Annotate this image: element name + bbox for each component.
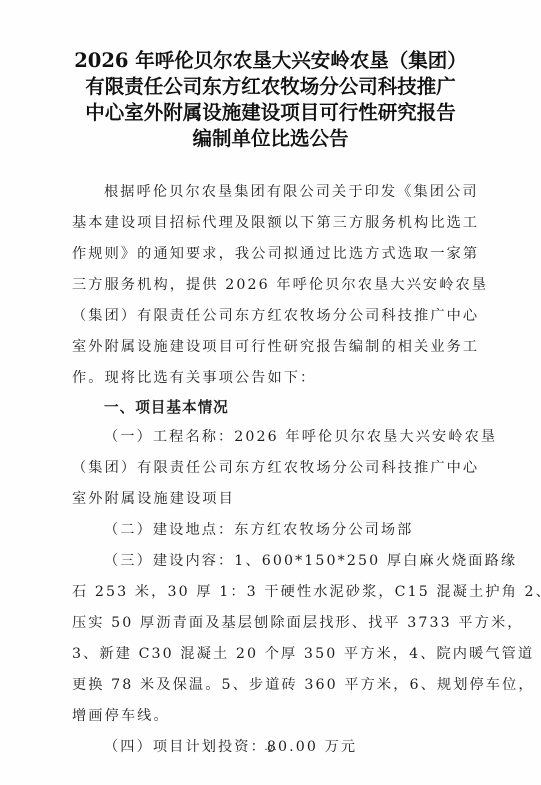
intro-line-3: 作规则》的通知要求，我公司拟通过比选方式选取一家第: [72, 243, 479, 263]
intro-line-6: 室外附属设施建设项目可行性研究报告编制的相关业务工: [72, 336, 479, 356]
item-3-line-1: （三）建设内容：1、600*150*250 厚白麻火烧面路缘: [104, 550, 517, 570]
item-1-line-1: （一）工程名称：2026 年呼伦贝尔农垦大兴安岭农垦: [104, 426, 497, 446]
title-line-4: 编制单位比选公告: [60, 126, 481, 152]
page-number: -2-: [0, 745, 541, 755]
item-3-line-2: 石 253 米，30 厚 1：3 干硬性水泥砂浆，C15 混凝土护角 2、: [72, 581, 541, 601]
document-title: 2026 年呼伦贝尔农垦大兴安岭农垦（集团） 有限责任公司东方红农牧场分公司科技…: [60, 48, 481, 152]
title-line-1: 2026 年呼伦贝尔农垦大兴安岭农垦（集团）: [60, 48, 481, 74]
intro-line-5: （集团）有限责任公司东方红农牧场分公司科技推广中心: [72, 305, 479, 325]
item-1-line-2: （集团）有限责任公司东方红农牧场分公司科技推广中心: [72, 457, 479, 477]
intro-line-1: 根据呼伦贝尔农垦集团有限公司关于印发《集团公司: [104, 181, 479, 201]
item-2: （二）建设地点：东方红农牧场分公司场部: [104, 519, 413, 539]
title-line-3: 中心室外附属设施建设项目可行性研究报告: [60, 100, 481, 126]
item-3-line-5: 更换 78 米及保温。5、步道砖 360 平方米，6、规划停车位，: [72, 674, 535, 694]
item-3-line-6: 增画停车线。: [72, 705, 170, 725]
item-1-line-3: 室外附属设施建设项目: [72, 488, 235, 508]
intro-line-4: 三方服务机构，提供 2026 年呼伦贝尔农垦大兴安岭农垦: [72, 274, 488, 294]
intro-line-2: 基本建设项目招标代理及限额以下第三方服务机构比选工: [72, 212, 479, 232]
item-3-line-4: 3、新建 C30 混凝土 20 个厚 350 平方米，4、院内暖气管道: [72, 643, 534, 663]
intro-line-7: 作。现将比选有关事项公告如下：: [72, 367, 316, 387]
title-line-2: 有限责任公司东方红农牧场分公司科技推广: [60, 74, 481, 100]
section-heading-1: 一、项目基本情况: [104, 396, 229, 417]
document-page: 2026 年呼伦贝尔农垦大兴安岭农垦（集团） 有限责任公司东方红农牧场分公司科技…: [0, 0, 541, 785]
item-3-line-3: 压实 50 厚沥青面及基层刨除面层找形、找平 3733 平方米，: [72, 612, 524, 632]
